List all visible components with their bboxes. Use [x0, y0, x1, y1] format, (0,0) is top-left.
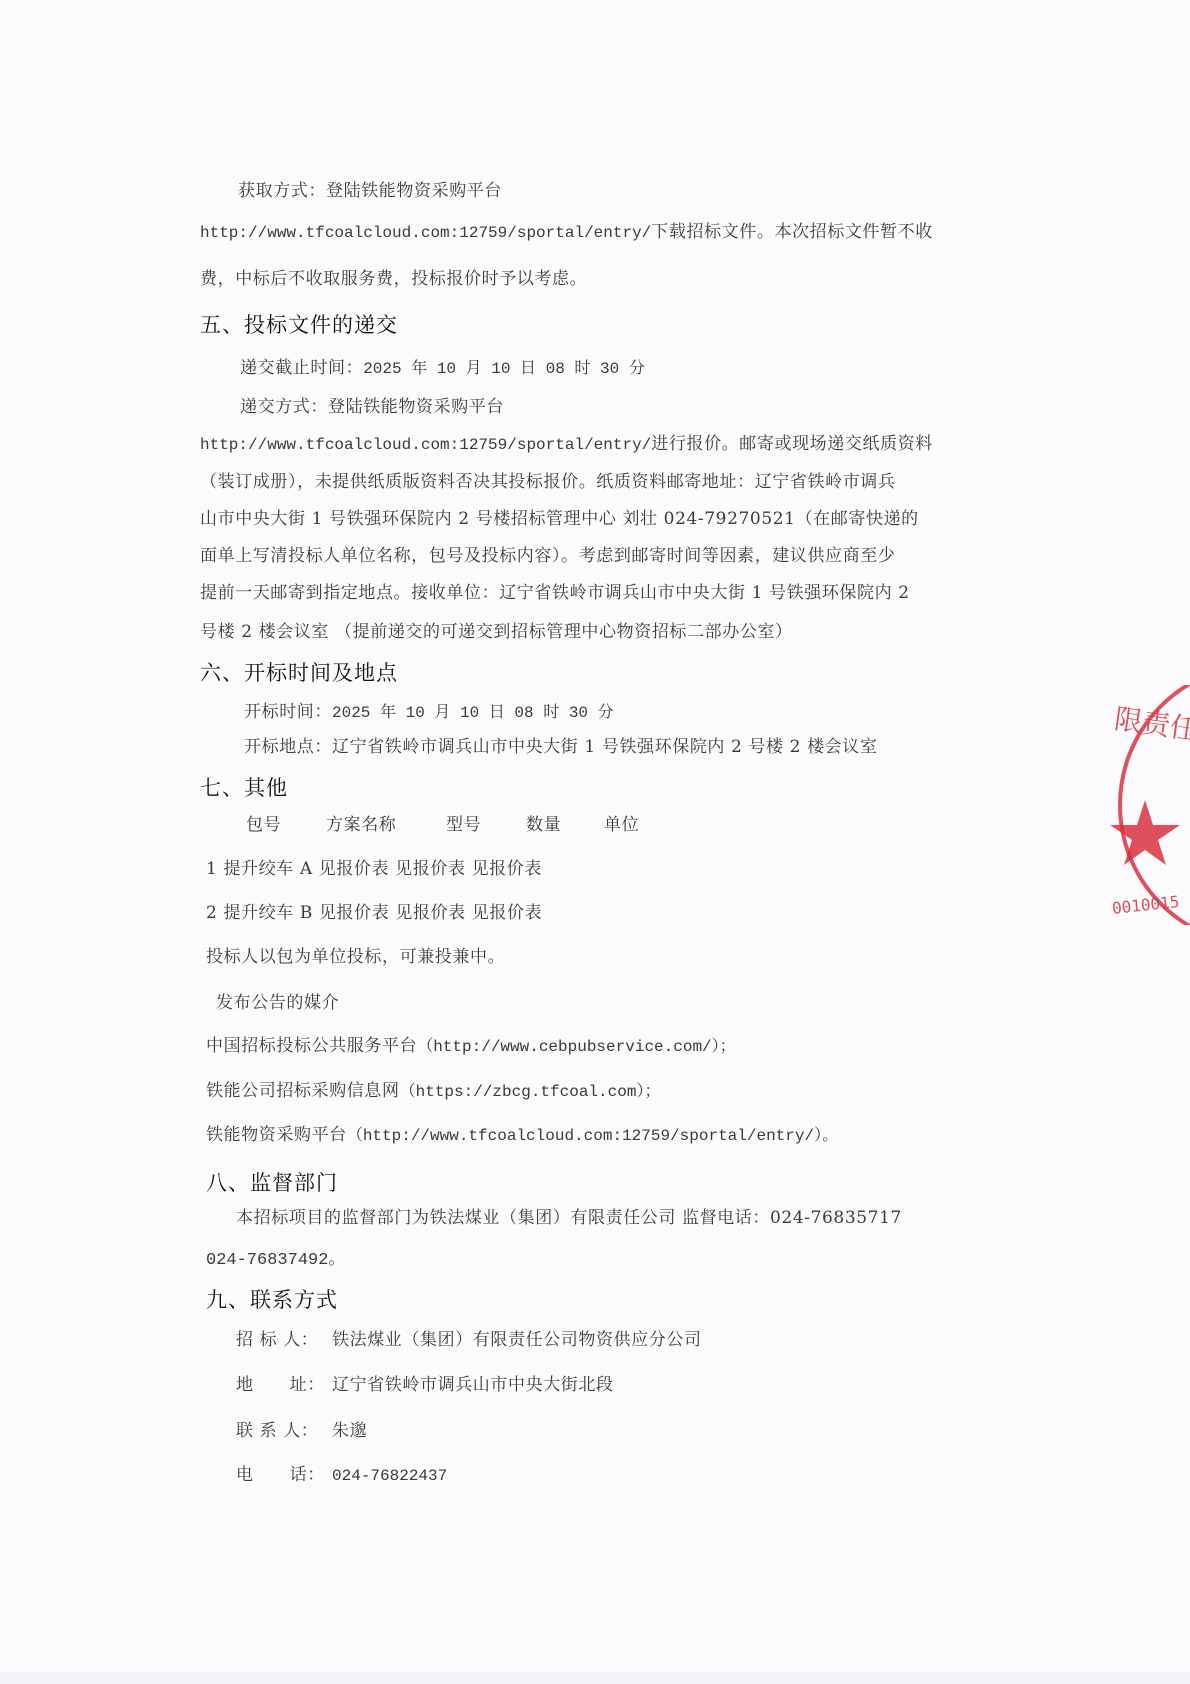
submit-line-3: 面单上写清投标人单位名称，包号及投标内容）。考虑到邮寄时间等因素，建议供应商至少 — [200, 544, 896, 568]
contact-phone: 电 话：024-76822437 — [236, 1463, 447, 1488]
row1-scheme-name: 提升绞车 A — [223, 859, 312, 879]
media-name-1: 铁能公司招标采购信息网 — [206, 1081, 400, 1101]
submit-method-value: 登陆铁能物资采购平台 — [328, 397, 504, 417]
bidding-note: 投标人以包为单位投标，可兼投兼中。 — [206, 945, 505, 969]
seal-icon: 限责任公 0010015 — [1110, 685, 1190, 925]
submit-method-label: 递交方式： — [240, 397, 328, 417]
media-url-1[interactable]: （https://zbcg.tfcoal.com）； — [400, 1083, 661, 1101]
submit-line-1: （装订成册），未提供纸质版资料否决其投标报价。纸质资料邮寄地址：辽宁省铁岭市调兵 — [200, 470, 896, 494]
row2-unit: 见报价表 — [472, 903, 542, 923]
header-quantity: 数量 — [526, 813, 604, 837]
company-seal-stamp: 限责任公 0010015 — [1110, 685, 1190, 925]
table-row: 2 提升绞车 B 见报价表 见报价表 见报价表 — [206, 901, 542, 925]
section6-heading: 六、开标时间及地点 — [200, 660, 398, 686]
row2-package-no: 2 — [206, 903, 217, 923]
obtain-value: 登陆铁能物资采购平台 — [326, 181, 502, 201]
row2-model: 见报价表 — [319, 903, 389, 923]
opening-place-line: 开标地点：辽宁省铁岭市调兵山市中央大街 1 号铁强环保院内 2 号楼 2 楼会议… — [244, 735, 877, 759]
contact-value-person: 朱邈 — [332, 1421, 367, 1441]
contact-value-phone: 024-76822437 — [332, 1467, 447, 1485]
media-url-0[interactable]: （http://www.cebpubservice.com/）； — [417, 1038, 735, 1056]
contact-label-person: 联 系 人： — [236, 1419, 332, 1443]
row1-unit: 见报价表 — [472, 859, 542, 879]
submit-method-line: 递交方式：登陆铁能物资采购平台 — [240, 395, 504, 419]
header-unit: 单位 — [604, 813, 639, 837]
submit-line-2: 山市中央大街 1 号铁强环保院内 2 号楼招标管理中心 刘壮 024-79270… — [200, 507, 919, 531]
obtain-line2-text: 下载招标文件。本次招标文件暂不收 — [651, 222, 933, 242]
page-bottom-edge — [0, 1672, 1190, 1684]
media-item: 铁能公司招标采购信息网（https://zbcg.tfcoal.com）； — [206, 1079, 660, 1104]
section7-heading: 七、其他 — [200, 775, 288, 801]
table-row: 1 提升绞车 A 见报价表 见报价表 见报价表 — [206, 857, 542, 881]
row2-scheme-name: 提升绞车 B — [223, 903, 313, 923]
contact-person: 联 系 人：朱邈 — [236, 1419, 367, 1443]
media-item: 中国招标投标公共服务平台（http://www.cebpubservice.co… — [206, 1034, 736, 1059]
deadline-line: 递交截止时间：2025 年 10 月 10 日 08 时 30 分 — [240, 356, 645, 381]
opening-time-value: 2025 年 10 月 10 日 08 时 30 分 — [332, 704, 614, 722]
contact-tenderer: 招 标 人：铁法煤业（集团）有限责任公司物资供应分公司 — [236, 1328, 702, 1352]
obtain-method-line: 获取方式：登陆铁能物资采购平台 — [238, 179, 502, 203]
deadline-label: 递交截止时间： — [240, 358, 363, 378]
media-title: 发布公告的媒介 — [216, 991, 339, 1015]
header-package-no: 包号 — [246, 813, 326, 837]
submit-line-0: 进行报价。邮寄或现场递交纸质资料 — [651, 434, 933, 454]
opening-time-line: 开标时间：2025 年 10 月 10 日 08 时 30 分 — [244, 700, 614, 725]
supervision-line-2: 024-76837492。 — [206, 1249, 345, 1273]
media-item: 铁能物资采购平台（http://www.tfcoalcloud.com:1275… — [206, 1123, 838, 1148]
deadline-value: 2025 年 10 月 10 日 08 时 30 分 — [363, 360, 645, 378]
section9-heading: 九、联系方式 — [206, 1287, 338, 1313]
seal-text: 限责任公 — [1112, 702, 1190, 750]
obtain-label: 获取方式： — [238, 181, 326, 201]
contact-label-phone: 电 话： — [236, 1463, 332, 1487]
submit-url-line: http://www.tfcoalcloud.com:12759/sportal… — [200, 432, 933, 457]
supervision-line-1: 本招标项目的监督部门为铁法煤业（集团）有限责任公司 监督电话：024-76835… — [236, 1206, 902, 1230]
contact-value-tenderer: 铁法煤业（集团）有限责任公司物资供应分公司 — [332, 1330, 702, 1350]
submit-url: http://www.tfcoalcloud.com:12759/sportal… — [200, 436, 651, 454]
contact-value-address: 辽宁省铁岭市调兵山市中央大街北段 — [332, 1375, 614, 1395]
obtain-url-line: http://www.tfcoalcloud.com:12759/sportal… — [200, 220, 933, 245]
obtain-url: http://www.tfcoalcloud.com:12759/sportal… — [200, 224, 651, 242]
section5-heading: 五、投标文件的递交 — [200, 312, 398, 338]
media-name-0: 中国招标投标公共服务平台 — [206, 1036, 417, 1056]
opening-place-label: 开标地点： — [244, 737, 332, 757]
row1-package-no: 1 — [206, 859, 217, 879]
submit-line-5: 号楼 2 楼会议室 （提前递交的可递交到招标管理中心物资招标二部办公室） — [200, 620, 793, 644]
section8-heading: 八、监督部门 — [206, 1170, 338, 1196]
header-model: 型号 — [446, 813, 526, 837]
contact-address: 地 址：辽宁省铁岭市调兵山市中央大街北段 — [236, 1373, 614, 1397]
contact-label-tenderer: 招 标 人： — [236, 1328, 332, 1352]
media-name-2: 铁能物资采购平台 — [206, 1125, 347, 1145]
opening-time-label: 开标时间： — [244, 702, 332, 722]
contact-label-address: 地 址： — [236, 1373, 332, 1397]
row2-quantity: 见报价表 — [395, 903, 465, 923]
header-scheme-name: 方案名称 — [326, 813, 446, 837]
media-url-2[interactable]: （http://www.tfcoalcloud.com:12759/sporta… — [347, 1127, 838, 1145]
opening-place-value: 辽宁省铁岭市调兵山市中央大街 1 号铁强环保院内 2 号楼 2 楼会议室 — [332, 737, 877, 757]
row1-model: 见报价表 — [319, 859, 389, 879]
row1-quantity: 见报价表 — [395, 859, 465, 879]
obtain-fee-line: 费，中标后不收取服务费，投标报价时予以考虑。 — [200, 267, 587, 291]
package-table-header: 包号方案名称型号数量单位 — [246, 813, 639, 837]
submit-line-4: 提前一天邮寄到指定地点。接收单位：辽宁省铁岭市调兵山市中央大街 1 号铁强环保院… — [200, 581, 910, 605]
